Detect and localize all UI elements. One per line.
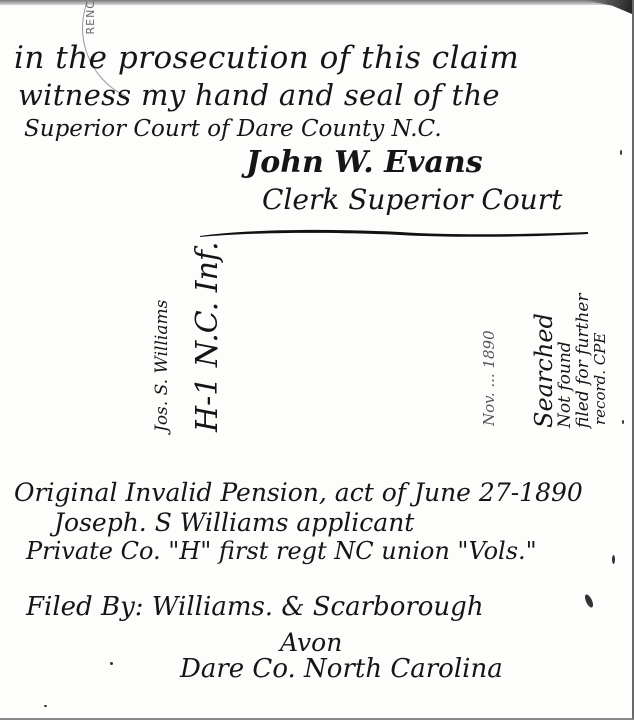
docket-line-filed-by: Filed By: Williams. & Scarborough xyxy=(26,592,484,622)
scan-speck xyxy=(110,662,113,665)
scan-speck xyxy=(622,420,624,424)
stamp-text: RENC xyxy=(84,0,97,35)
margin-note-unit: H-1 N.C. Inf. xyxy=(190,242,225,433)
scanned-document-page: RENC in the prosecution of this claim wi… xyxy=(0,0,634,720)
docket-line-town: Avon xyxy=(280,628,342,657)
margin-note-not-found: Not found xyxy=(555,341,575,428)
margin-note-applicant-name: Jos. S. Williams xyxy=(152,300,172,432)
scan-speck xyxy=(583,593,594,608)
certification-line-1: in the prosecution of this claim xyxy=(14,40,519,76)
certification-line-3: Superior Court of Dare County N.C. xyxy=(24,116,442,142)
docket-line-county-state: Dare Co. North Carolina xyxy=(180,654,503,684)
margin-note-filed-further: filed for further xyxy=(573,293,593,428)
docket-line-pension-act: Original Invalid Pension, act of June 27… xyxy=(14,478,583,507)
docket-line-applicant: Joseph. S Williams applicant xyxy=(54,508,414,537)
margin-note-faint-date: Nov. ... 1890 xyxy=(480,330,498,426)
signature-flourish-underline xyxy=(200,228,588,238)
scan-speck xyxy=(620,150,622,155)
margin-note-record-initials: record. CPE xyxy=(591,333,609,425)
docket-line-service: Private Co. "H" first regt NC union "Vol… xyxy=(26,537,537,565)
margin-note-searched: Searched xyxy=(530,313,558,428)
clerk-signature-title: Clerk Superior Court xyxy=(262,183,562,216)
certification-line-2: witness my hand and seal of the xyxy=(18,78,500,112)
scan-speck xyxy=(44,705,47,707)
clerk-signature-name: John W. Evans xyxy=(246,145,483,180)
scan-speck xyxy=(612,555,615,564)
